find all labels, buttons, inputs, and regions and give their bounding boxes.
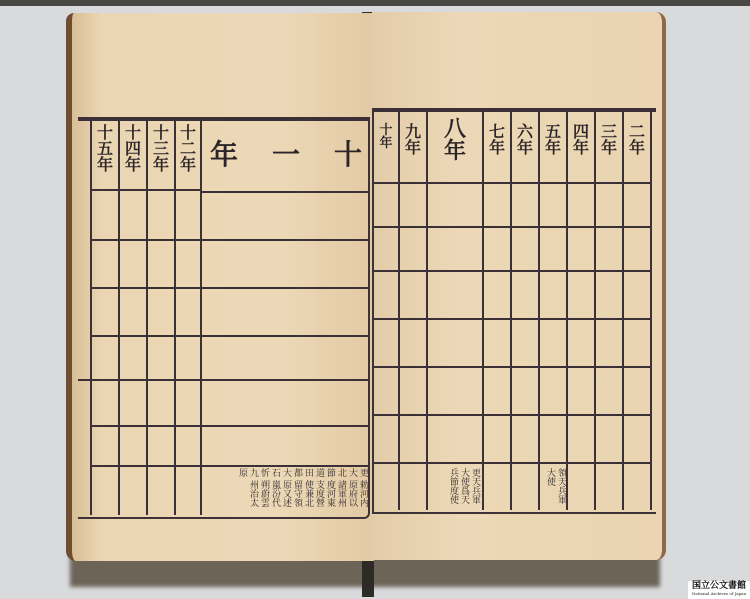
year-header-5: 五年	[540, 124, 566, 156]
grid-line	[90, 189, 200, 191]
left-page: 十五年 十四年 十三年 十二年 十一年 更 勅河内大 原府以北 諸軍州節 度河東…	[66, 13, 374, 561]
year-header-13: 十三年	[148, 125, 174, 173]
grid-line	[372, 182, 652, 184]
grid-line	[90, 121, 92, 515]
grid-line	[566, 112, 568, 510]
right-table-frame	[372, 110, 656, 514]
right-page: 十年 九年 八年 七年 六年 五年 四年 三年 二年 領天兵軍大使 更天兵軍大使…	[372, 12, 666, 560]
grid-line	[174, 121, 176, 515]
year-header-8: 八年	[432, 118, 478, 162]
top-dark-edge	[0, 0, 750, 6]
right-bottom-note-2: 更天兵軍大使爲天兵節度使	[452, 468, 480, 510]
year-header-15: 十五年	[92, 125, 118, 173]
grid-line	[482, 112, 484, 510]
grid-line	[90, 287, 370, 289]
grid-line	[372, 462, 652, 464]
grid-line	[146, 121, 148, 515]
grid-line	[372, 270, 652, 272]
year-header-7: 七年	[484, 124, 510, 156]
grid-line	[510, 112, 512, 510]
grid-line	[118, 121, 120, 515]
grid-line	[372, 226, 652, 228]
left-bottom-note: 更 勅河内大 原府以北 諸軍州節 度河東道 支度營田 使兼北都 留守領大 原又述…	[202, 468, 368, 512]
watermark-title-en: National Archives of Japan	[688, 591, 750, 597]
year-header-6: 六年	[512, 124, 538, 156]
grid-line	[594, 112, 596, 510]
grid-line	[90, 239, 370, 241]
grid-line	[538, 112, 540, 510]
year-header-4: 四年	[568, 124, 594, 156]
left-table-frame	[78, 117, 370, 519]
grid-line	[372, 318, 652, 320]
grid-line	[200, 121, 202, 515]
left-top-rule	[78, 117, 370, 121]
grid-line	[90, 465, 370, 467]
watermark-title-jp: 国立公文書館	[688, 581, 750, 591]
grid-line	[372, 414, 652, 416]
year-header-10: 十年	[374, 124, 398, 150]
grid-line	[90, 335, 370, 337]
grid-line	[202, 191, 370, 193]
grid-line	[622, 112, 624, 510]
year-header-9: 九年	[400, 124, 426, 156]
grid-line	[426, 112, 428, 510]
grid-line	[398, 112, 400, 510]
archive-watermark: 国立公文書館 National Archives of Japan	[688, 581, 750, 599]
right-top-rule	[372, 108, 656, 112]
right-bottom-note-1: 領天兵軍大使	[540, 468, 566, 508]
year-header-3: 三年	[596, 124, 622, 156]
grid-line	[650, 112, 652, 510]
grid-line	[90, 425, 370, 427]
grid-line	[78, 379, 370, 381]
year-header-2: 二年	[624, 124, 650, 156]
year-header-12: 十二年	[175, 125, 201, 173]
grid-line	[372, 366, 652, 368]
year-header-11-large: 十一年	[212, 141, 362, 169]
year-header-14: 十四年	[120, 125, 146, 173]
